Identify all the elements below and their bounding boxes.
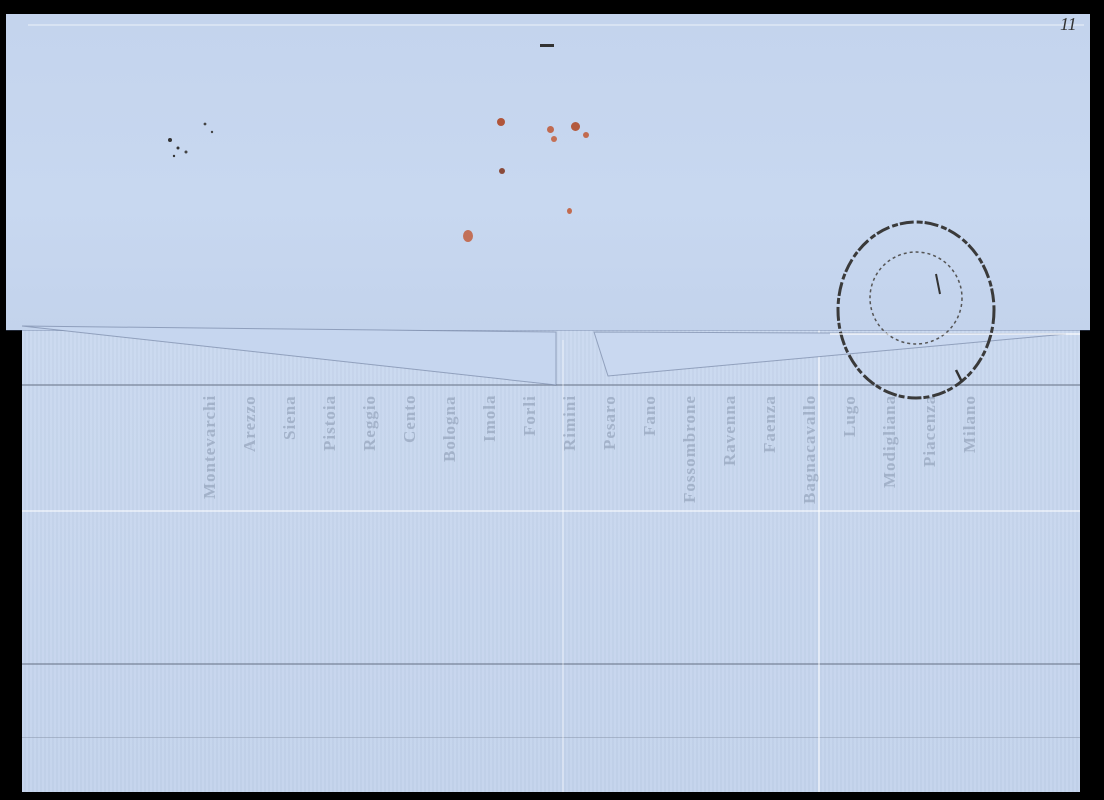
town-name: Montevarchi bbox=[190, 395, 230, 505]
town-name: Faenza bbox=[750, 395, 790, 505]
top-edge-highlight bbox=[28, 24, 1084, 26]
town-name: Modigliana bbox=[870, 395, 910, 505]
town-name: Milano bbox=[950, 395, 990, 505]
town-name: Reggio bbox=[350, 395, 390, 505]
town-name: Bagnacavallo bbox=[790, 395, 830, 505]
town-name: Pesaro bbox=[590, 395, 630, 505]
town-name: Lugo bbox=[830, 395, 870, 505]
town-name: Piacenza bbox=[910, 395, 950, 505]
flap-edge-over-postmark bbox=[830, 333, 1080, 335]
printed-town-list: Milano Piacenza Modigliana Lugo Bagnacav… bbox=[30, 395, 990, 505]
town-name: Rimini bbox=[550, 395, 590, 505]
ink-mark bbox=[540, 44, 554, 47]
red-ink-marks bbox=[455, 110, 625, 270]
town-name: Arezzo bbox=[230, 395, 270, 505]
town-name: Pistoia bbox=[310, 395, 350, 505]
circular-datestamp-postmark bbox=[836, 212, 998, 410]
town-name: Imola bbox=[470, 395, 510, 505]
corner-manuscript-mark: 11 bbox=[1060, 14, 1077, 35]
horizontal-fold-line bbox=[22, 510, 1080, 512]
town-name: Fano bbox=[630, 395, 670, 505]
town-name: Bologna bbox=[430, 395, 470, 505]
town-name: Forli bbox=[510, 395, 550, 505]
printed-rule-middle bbox=[22, 663, 1080, 665]
town-name: Ravenna bbox=[710, 395, 750, 505]
ink-specks bbox=[150, 100, 230, 180]
town-name: Cento bbox=[390, 395, 430, 505]
town-name: Fossombrone bbox=[670, 395, 710, 505]
town-name: Siena bbox=[270, 395, 310, 505]
printed-rule-bottom bbox=[22, 737, 1080, 738]
